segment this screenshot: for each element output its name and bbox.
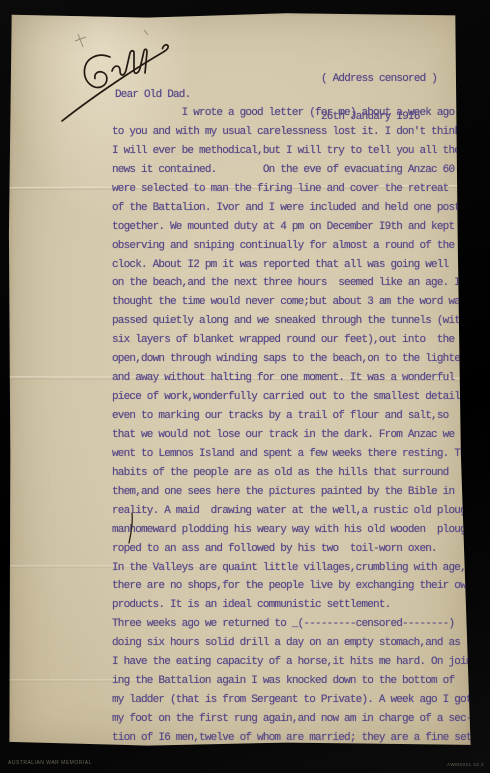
letter-line: doing six hours solid drill a day on an …	[112, 634, 477, 653]
salutation: Dear Old Dad.	[115, 86, 190, 105]
letter-line: Three weeks ago we returned to _(-------…	[112, 615, 477, 634]
letter-line: news it contained. On the eve of evacuat…	[112, 161, 477, 180]
letter-line: were selected to man the firing line and…	[112, 180, 477, 199]
letter-line: I will ever be methodical,but I will try…	[112, 142, 477, 161]
letter-line: that we would not lose our track in the …	[112, 426, 477, 445]
letter-line: I have the eating capacity of a horse,it…	[112, 653, 477, 672]
letter-line: my ladder (that is from Sergeant to Priv…	[112, 691, 477, 710]
letter-line: In the Valleys are quaint little village…	[112, 559, 477, 578]
letter-line: of the Battalion. Ivor and I were includ…	[112, 199, 477, 218]
letter-line: to you and with my usual carelessness lo…	[112, 123, 477, 142]
letter-line: ing the Battalion again I was knocked do…	[112, 672, 477, 691]
letter-line: my foot on the first rung again,and now …	[112, 710, 477, 729]
letter-body: I wrote a good letter (for me) about a w…	[112, 104, 477, 748]
letter-line: clock. About I2 pm it was reported that …	[112, 256, 477, 275]
letter-line: thought the time would never come;but ab…	[112, 293, 477, 312]
letter-line: products. It is an ideal communistic set…	[112, 596, 477, 615]
letter-line: roped to an ass and followed by his two …	[112, 540, 477, 559]
letter-line: them,and one sees here the pictures pain…	[112, 483, 477, 502]
letter-line: habits of the people are as old as the h…	[112, 464, 477, 483]
letter-line: there are no shops,for the people live b…	[112, 577, 477, 596]
letter-line: reality. A maid drawing water at the wel…	[112, 502, 477, 521]
letter-line: I wrote a good letter (for me) about a w…	[112, 104, 477, 123]
letter-line: together. We mounted duty at 4 pm on Dec…	[112, 218, 477, 237]
letter-line: on the beach,and the next three hours se…	[112, 274, 477, 293]
letter-line: six layers of blanket wrapped round our …	[112, 331, 477, 350]
letter-line: open,down through winding saps to the be…	[112, 350, 477, 369]
letter-line: even to marking our tracks by a trail of…	[112, 407, 477, 426]
letter-line: piece of work,wonderfully carried out to…	[112, 388, 477, 407]
pencil-marks	[75, 30, 148, 47]
letter-line: manhomeward plodding his weary way with …	[112, 521, 477, 540]
letter-page: ( Address censored ) 26th January I9I6 D…	[8, 11, 472, 750]
letter-line: observing and sniping continually for al…	[112, 237, 477, 256]
archive-name-label: AUSTRALIAN WAR MEMORIAL	[8, 760, 92, 766]
archive-reference-label: AWM2021 22.2	[447, 762, 484, 767]
letter-line: went to Lemnos Island and spent a few we…	[112, 445, 477, 464]
letter-line: and away without halting for one moment.…	[112, 369, 477, 388]
address-censored-line: ( Address censored )	[321, 73, 437, 86]
letter-line: passed quietly along and we sneaked thro…	[112, 312, 477, 331]
